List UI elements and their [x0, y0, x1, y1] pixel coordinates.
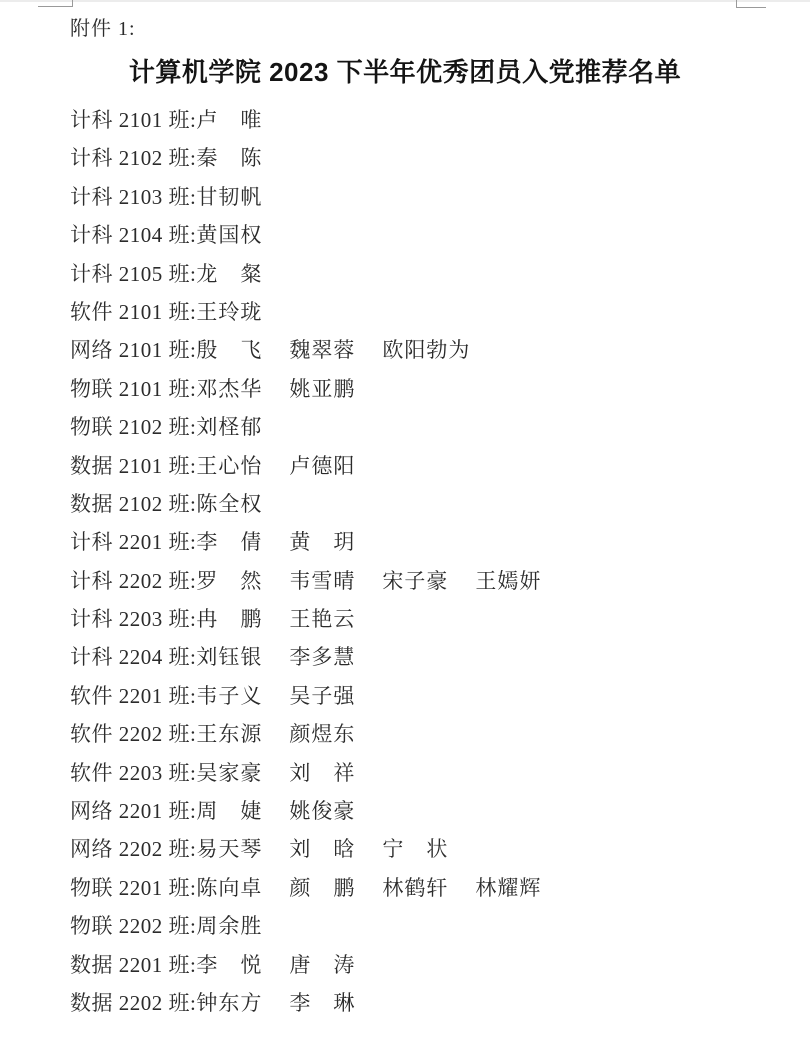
student-name: 陈全权 [196, 485, 262, 523]
class-label: 软件 2101 班: [70, 293, 196, 331]
student-name: 龙 粲 [196, 255, 262, 293]
student-name: 易天琴 [196, 830, 262, 868]
class-label: 计科 2101 班: [70, 101, 196, 139]
crop-mark-top-left [38, 6, 73, 7]
student-name: 颜 鹏 [289, 869, 355, 907]
list-row: 计科 2202 班:罗 然韦雪晴宋子豪王嫣妍 [70, 562, 770, 600]
class-label: 计科 2103 班: [70, 178, 196, 216]
class-label: 计科 2102 班: [70, 139, 196, 177]
list-row: 软件 2101 班:王玲珑 [70, 293, 770, 331]
student-name: 宋子豪 [382, 562, 448, 600]
crop-mark-top-right [736, 7, 766, 8]
class-label: 数据 2201 班: [70, 946, 196, 984]
student-name: 王艳云 [289, 600, 355, 638]
student-name: 刘柽郁 [196, 408, 262, 446]
crop-mark-top-right [736, 0, 737, 8]
student-name: 刘 晗 [289, 830, 355, 868]
list-row: 网络 2202 班:易天琴刘 晗宁 状 [70, 830, 770, 868]
student-name: 林鹤轩 [382, 869, 448, 907]
list-row: 计科 2104 班:黄国权 [70, 216, 770, 254]
student-name: 王心怡 [196, 447, 262, 485]
student-name: 卢 唯 [196, 101, 262, 139]
student-name: 黄 玥 [289, 523, 355, 561]
class-label: 物联 2102 班: [70, 408, 196, 446]
student-name: 陈向卓 [196, 869, 262, 907]
student-name: 王嫣妍 [475, 562, 541, 600]
student-name: 李 倩 [196, 523, 262, 561]
student-name: 王东源 [196, 715, 262, 753]
student-name: 唐 涛 [289, 946, 355, 984]
document-title: 计算机学院 2023 下半年优秀团员入党推荐名单 [0, 52, 810, 89]
class-label: 计科 2201 班: [70, 523, 196, 561]
student-name: 周余胜 [196, 907, 262, 945]
list-row: 软件 2201 班:韦子义吴子强 [70, 677, 770, 715]
list-row: 软件 2203 班:吴家豪刘 祥 [70, 754, 770, 792]
student-name: 黄国权 [196, 216, 262, 254]
list-row: 物联 2202 班:周余胜 [70, 907, 770, 945]
student-name: 周 婕 [196, 792, 262, 830]
page-top-edge [0, 0, 810, 2]
crop-mark-top-left [72, 0, 73, 7]
student-name: 颜煜东 [289, 715, 355, 753]
student-name: 王玲珑 [196, 293, 262, 331]
list-row: 计科 2103 班:甘韧帆 [70, 178, 770, 216]
class-label: 计科 2204 班: [70, 638, 196, 676]
student-name: 冉 鹏 [196, 600, 262, 638]
recommendation-list: 计科 2101 班:卢 唯计科 2102 班:秦 陈计科 2103 班:甘韧帆计… [70, 101, 770, 1022]
list-row: 网络 2101 班:殷 飞魏翠蓉欧阳勃为 [70, 331, 770, 369]
student-name: 吴家豪 [196, 754, 262, 792]
class-label: 物联 2202 班: [70, 907, 196, 945]
document-page: 附件 1: 计算机学院 2023 下半年优秀团员入党推荐名单 计科 2101 班… [0, 0, 810, 1047]
student-name: 姚俊豪 [289, 792, 355, 830]
class-label: 数据 2102 班: [70, 485, 196, 523]
class-label: 数据 2101 班: [70, 447, 196, 485]
class-label: 软件 2202 班: [70, 715, 196, 753]
class-label: 物联 2101 班: [70, 370, 196, 408]
list-row: 计科 2102 班:秦 陈 [70, 139, 770, 177]
student-name: 罗 然 [196, 562, 262, 600]
student-name: 韦子义 [196, 677, 262, 715]
student-name: 欧阳勃为 [382, 331, 470, 369]
class-label: 计科 2105 班: [70, 255, 196, 293]
student-name: 刘钰银 [196, 638, 262, 676]
list-row: 计科 2105 班:龙 粲 [70, 255, 770, 293]
class-label: 计科 2202 班: [70, 562, 196, 600]
class-label: 计科 2203 班: [70, 600, 196, 638]
student-name: 林耀辉 [475, 869, 541, 907]
class-label: 网络 2201 班: [70, 792, 196, 830]
attachment-label: 附件 1: [70, 12, 136, 41]
student-name: 李 琳 [289, 984, 355, 1022]
class-label: 物联 2201 班: [70, 869, 196, 907]
class-label: 网络 2101 班: [70, 331, 196, 369]
student-name: 吴子强 [289, 677, 355, 715]
list-row: 计科 2204 班:刘钰银李多慧 [70, 638, 770, 676]
list-row: 数据 2202 班:钟东方李 琳 [70, 984, 770, 1022]
list-row: 计科 2101 班:卢 唯 [70, 101, 770, 139]
list-row: 网络 2201 班:周 婕姚俊豪 [70, 792, 770, 830]
student-name: 宁 状 [382, 830, 448, 868]
list-row: 物联 2102 班:刘柽郁 [70, 408, 770, 446]
list-row: 数据 2102 班:陈全权 [70, 485, 770, 523]
list-row: 计科 2201 班:李 倩黄 玥 [70, 523, 770, 561]
student-name: 卢德阳 [289, 447, 355, 485]
student-name: 姚亚鹏 [289, 370, 355, 408]
class-label: 网络 2202 班: [70, 830, 196, 868]
list-row: 软件 2202 班:王东源颜煜东 [70, 715, 770, 753]
list-row: 物联 2201 班:陈向卓颜 鹏林鹤轩林耀辉 [70, 869, 770, 907]
student-name: 甘韧帆 [196, 178, 262, 216]
list-row: 数据 2101 班:王心怡卢德阳 [70, 447, 770, 485]
student-name: 邓杰华 [196, 370, 262, 408]
student-name: 魏翠蓉 [289, 331, 355, 369]
class-label: 软件 2201 班: [70, 677, 196, 715]
class-label: 软件 2203 班: [70, 754, 196, 792]
student-name: 李 悦 [196, 946, 262, 984]
student-name: 钟东方 [196, 984, 262, 1022]
student-name: 秦 陈 [196, 139, 262, 177]
list-row: 数据 2201 班:李 悦唐 涛 [70, 946, 770, 984]
student-name: 韦雪晴 [289, 562, 355, 600]
student-name: 殷 飞 [196, 331, 262, 369]
class-label: 数据 2202 班: [70, 984, 196, 1022]
student-name: 李多慧 [289, 638, 355, 676]
list-row: 计科 2203 班:冉 鹏王艳云 [70, 600, 770, 638]
class-label: 计科 2104 班: [70, 216, 196, 254]
list-row: 物联 2101 班:邓杰华姚亚鹏 [70, 370, 770, 408]
student-name: 刘 祥 [289, 754, 355, 792]
